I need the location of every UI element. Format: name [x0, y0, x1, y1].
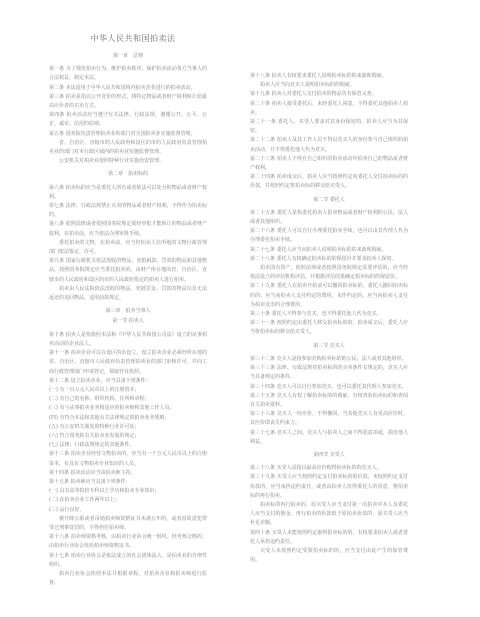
article-paragraph: 被开除公职或者吊销拍卖师资格证书未满五年的，或者因故意犯罪受过刑事处罚的，不得担… [49, 515, 207, 533]
article-paragraph: 第十六条 拍卖师资格考核，由拍卖行业协会统一组织。经考核合格的，由拍卖行业协会发… [49, 533, 207, 551]
article-paragraph: 第七条 法律、行政法规禁止买卖的物品或者财产权利，不得作为拍卖标的。 [49, 202, 207, 220]
article-paragraph: 拍卖国有资产，依照法律或者按照国务院规定需要评估的，应当经依法设立的评估机构评估… [250, 264, 408, 282]
article-paragraph: 第二十三条 拍卖人不得在自己组织的拍卖活动中拍卖自己的物品或者财产权利。 [250, 155, 408, 173]
article-paragraph: 第十八条 拍卖人有权要求委托人说明拍卖标的的来源和瑕疵。 [250, 72, 408, 81]
document-title: 中华人民共和国拍卖法 [58, 33, 208, 44]
article-paragraph: 第三十五条 竞买人有权了解拍卖标的的瑕疵，有权查验拍卖标的和查阅有关拍卖资料。 [250, 392, 408, 410]
article-paragraph: 第五条 国务院负责管理拍卖业的部门对全国拍卖业实施监督管理。 [49, 130, 207, 139]
article-paragraph: 第三十四条 竞买人可以自行参加竞买，也可以委托其代理人参加竞买。 [250, 383, 408, 392]
article-paragraph: 第十条 拍卖人是指依照本法和《中华人民共和国公司法》设立的从事拍卖活动的企业法人… [49, 331, 207, 349]
article-paragraph: 第二十七条 委托人应当向拍卖人说明拍卖标的的来源和瑕疵。 [250, 246, 408, 255]
section-heading: 第二节 委托人 [250, 196, 408, 205]
section-heading: 第三节 竞买人 [250, 342, 408, 351]
article-paragraph: 第三十八条 买受人是指以最高应价购得拍卖标的的竞买人。 [250, 464, 408, 473]
article-paragraph: (一) 有一百万元人民币以上的注册资本； [49, 386, 207, 395]
article-paragraph: 第三十二条 竞买人是指参加竞购拍卖标的的公民、法人或者其他组织。 [250, 355, 408, 364]
article-paragraph: 拍卖人应当向竞买人说明拍卖标的的瑕疵。 [250, 81, 408, 90]
article-paragraph: 第二十六条 委托人可以自行办理委托拍卖手续，也可以由其代理人代为办理委托拍卖手续… [250, 227, 408, 245]
article-paragraph: 第二十一条 委托人、买受人要求对其身份保密的，拍卖人应当为其保密。 [250, 118, 408, 136]
article-paragraph: 第四十条 买受人未能按照约定取得拍卖标的的，有权要求拍卖人或者委托人承担违约责任… [250, 529, 408, 547]
article-paragraph: 第三十九条 买受人应当按照约定支付拍卖标的的价款，未按照约定支付价款的，应当承担… [250, 473, 408, 501]
article-paragraph: (三) 品行良好。 [49, 506, 207, 515]
article-paragraph: 公安机关对拍卖业按照特种行业实施治安管理。 [49, 157, 207, 166]
article-paragraph: (四) 有符合本法和其他有关法律规定的拍卖业务规则； [49, 414, 207, 423]
article-paragraph: 第十二条 设立拍卖企业，应当具备下列条件： [49, 377, 207, 386]
section-heading: 第一节 拍卖人 [49, 317, 207, 326]
article-paragraph: (二) 在拍卖企业工作两年以上； [49, 496, 207, 505]
article-paragraph: 第十一条 拍卖企业可以在设区的市设立。设立拍卖企业必须经所在地的省、自治区、直辖… [49, 349, 207, 377]
article-paragraph: 省、自治区、直辖市的人民政府和设区的市的人民政府负责管理拍卖业的部门对本行政区域… [49, 139, 207, 157]
article-paragraph: 第二条 本法适用于中华人民共和国境内拍卖企业进行的拍卖活动。 [49, 84, 207, 93]
article-paragraph: 第十四条 拍卖活动应当由拍卖师主持。 [49, 469, 207, 478]
article-paragraph: 第三条 拍卖是指以公开竞价的形式，将特定物品或者财产权利转让给最高应价者的买卖方… [49, 93, 207, 111]
article-paragraph: 第三十六条 竞买人一经应价，不得撤回，当其他竞买人有更高应价时，其应价即丧失约束… [250, 410, 408, 428]
article-paragraph: 第四条 拍卖活动应当遵守有关法律、行政法规，遵循公开、公平、公正、诚实、信用的原… [49, 111, 207, 129]
article-paragraph: (一) 具有高等院校专科以上学历和拍卖专业知识； [49, 487, 207, 496]
article-paragraph: 买受人未按照约定受领拍卖标的的，应当支付由此产生的保管费用。 [250, 547, 408, 565]
article-paragraph: 第三十一条 按照约定由委托人移交拍卖标的的，拍卖成交后，委托人应当将拍卖标的移交… [250, 319, 408, 337]
article-paragraph: 第二十八条 委托人有权确定拍卖标的的保留价并要求拍卖人保密。 [250, 255, 408, 264]
article-paragraph: 第十七条 拍卖行业协会是依法成立的社会团体法人，是拍卖业的自律性组织。 [49, 552, 207, 570]
article-paragraph: (五) 有公安机关颁发的特种行业许可证； [49, 423, 207, 432]
article-paragraph: 拍卖由人民法院依法没收的物品，充抵罚金、罚款的物品以及无法返还的追回物品，适用前… [49, 285, 207, 303]
article-paragraph: 第十九条 拍卖人对委托人交付拍卖的物品负有保管义务。 [250, 90, 408, 99]
section-heading: 第三章 拍卖当事人 [49, 307, 207, 316]
article-paragraph: 第十三条 拍卖企业经营文物拍卖的，应当有一千万元人民币以上的注册资本，有具有文物… [49, 450, 207, 468]
article-paragraph: 第九条 国家行政机关依法没收的物品，充抵税款、罚款的物品和其他物品，按照国务院规… [49, 257, 207, 285]
article-paragraph: 第六条 拍卖标的应当是委托人所有或者依法可以处分的物品或者财产权利。 [49, 184, 207, 202]
left-column: 第一章 总则第一条 为了规范拍卖行为，维护拍卖秩序，保护拍卖活动各方当事人的合法… [49, 52, 207, 588]
article-paragraph: 第八条 依照法律或者按照国务院规定需经审批才能转让的物品或者财产权利，在拍卖前，… [49, 220, 207, 238]
article-paragraph: (二) 有自己的名称、组织机构、住所和章程； [49, 395, 207, 404]
article-paragraph: 第二十二条 拍卖人及其工作人员不得以竞买人的身份参与自己组织的拍卖活动，并不得委… [250, 136, 408, 154]
article-paragraph: 第二十条 拍卖人接受委托后，未经委托人同意，不得委托其他拍卖人拍卖。 [250, 100, 408, 118]
article-paragraph: (三) 有与从事拍卖业务相适应的拍卖师和其他工作人员； [49, 404, 207, 413]
article-paragraph: 第三十条 委托人不得参与竞买，也不得委托他人代为竞买。 [250, 310, 408, 319]
article-paragraph: 第十五条 拍卖师应当具备下列条件： [49, 478, 207, 487]
article-paragraph: 第三十三条 法律、行政法规对拍卖标的的买卖条件有规定的，竞买人应当具备规定的条件… [250, 364, 408, 382]
article-paragraph: (七) 法律、行政法规规定的其他条件。 [49, 441, 207, 450]
article-paragraph: 委托拍卖的文物，在拍卖前，应当经拍卖人住所地的文物行政管理部门依法鉴定、许可。 [49, 239, 207, 257]
article-paragraph: 第一条 为了规范拍卖行为，维护拍卖秩序，保护拍卖活动各方当事人的合法权益，制定本… [49, 65, 207, 83]
article-paragraph: 拍卖行业协会依照本法并根据章程，对拍卖企业和拍卖师进行监督。 [49, 570, 207, 588]
document-page: 中华人民共和国拍卖法 第一章 总则第一条 为了规范拍卖行为，维护拍卖秩序，保护拍… [0, 0, 480, 617]
right-column: 第十八条 拍卖人有权要求委托人说明拍卖标的的来源和瑕疵。拍卖人应当向竞买人说明拍… [250, 72, 408, 565]
article-paragraph: 第二十九条 委托人在拍卖开始前可以撤回拍卖标的。委托人撤回拍卖标的的，应当向拍卖… [250, 282, 408, 310]
section-heading: 第二章 拍卖标的 [49, 170, 207, 179]
article-paragraph: (六) 符合国务院有关拍卖业发展的规定； [49, 432, 207, 441]
section-heading: 第一章 总则 [49, 52, 207, 61]
section-heading: 第四节 买受人 [250, 451, 408, 460]
article-paragraph: 第二十四条 拍卖成交后，拍卖人应当按照约定向委托人交付拍卖标的的价款，并按照约定… [250, 173, 408, 191]
article-paragraph: 第三十七条 竞买人之间、竞买人与拍卖人之间不得恶意串通，损害他人利益。 [250, 429, 408, 447]
article-paragraph: 第二十五条 委托人是指委托拍卖人拍卖物品或者财产权利的公民、法人或者其他组织。 [250, 209, 408, 227]
article-paragraph: 拍卖标的再行拍卖的，原买受人应当支付第一次拍卖中本人及委托人应当支付的佣金。再行… [250, 501, 408, 529]
